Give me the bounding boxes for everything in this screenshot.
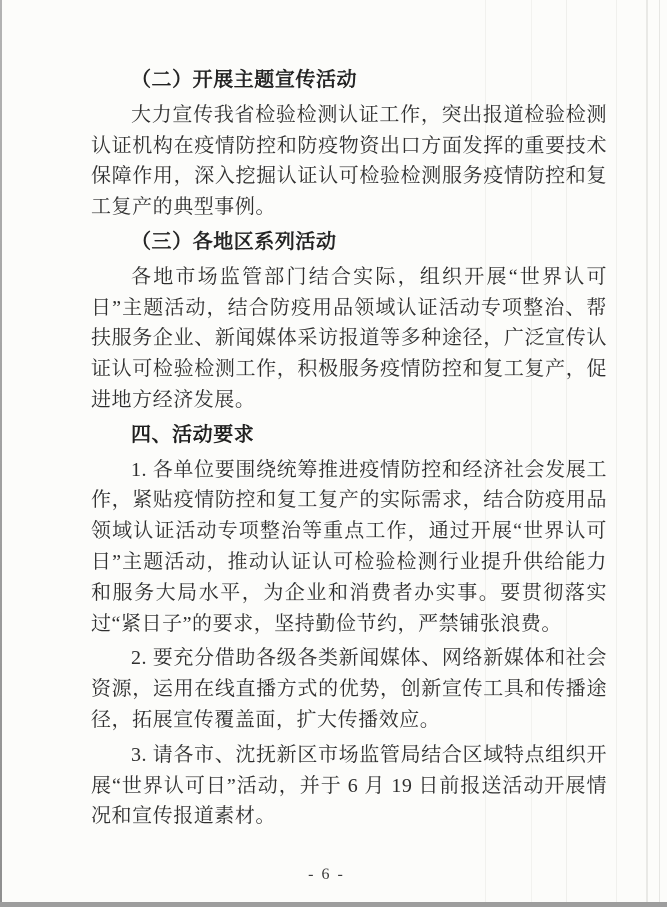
scan-bottom-edge	[0, 902, 667, 907]
scan-streak-line	[659, 0, 660, 907]
scanned-document-page: （二）开展主题宣传活动大力宣传我省检验检测认证工作，突出报道检验检测认证机构在疫…	[0, 0, 667, 907]
body-paragraph: 1. 各单位要围绕统筹推进疫情防控和经济社会发展工作，紧贴疫情防控和复工复产的实…	[91, 455, 607, 640]
body-paragraph: 各地市场监管部门结合实际，组织开展“世界认可日”主题活动，结合防疫用品领域认证活…	[91, 262, 607, 416]
document-body: （二）开展主题宣传活动大力宣传我省检验检测认证工作，突出报道检验检测认证机构在疫…	[91, 65, 607, 832]
scan-streak-line	[616, 0, 617, 907]
section-heading: （三）各地区系列活动	[91, 227, 607, 258]
page-number: - 6 -	[0, 866, 653, 884]
scan-streak-line	[646, 0, 648, 907]
body-paragraph: 2. 要充分借助各级各类新闻媒体、网络新媒体和社会资源，运用在线直播方式的优势，…	[91, 643, 607, 735]
scan-left-edge	[0, 0, 2, 907]
section-heading: （二）开展主题宣传活动	[91, 65, 607, 96]
section-heading: 四、活动要求	[91, 420, 607, 451]
body-paragraph: 大力宣传我省检验检测认证工作，突出报道检验检测认证机构在疫情防控和防疫物资出口方…	[91, 100, 607, 223]
body-paragraph: 3. 请各市、沈抚新区市场监管局结合区域特点组织开展“世界认可日”活动，并于 6…	[91, 740, 607, 832]
